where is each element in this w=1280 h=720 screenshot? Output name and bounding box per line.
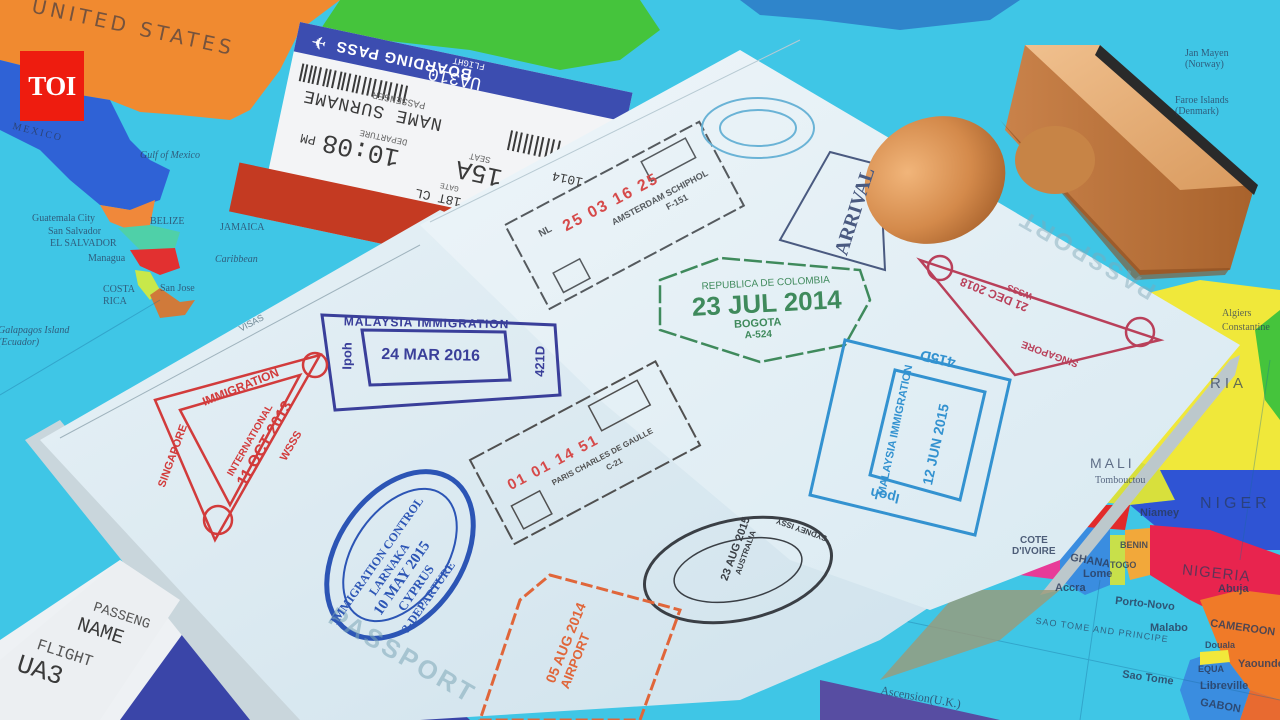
- map-label-jamaica: JAMAICA: [220, 222, 264, 233]
- map-label-faroe: Faroe Islands: [1175, 95, 1229, 106]
- map-label-benin: BENIN: [1120, 540, 1148, 550]
- map-label-rica: RICA: [103, 296, 127, 307]
- boarding-extra: 1014: [551, 168, 585, 189]
- map-label-mali: MALI: [1090, 455, 1135, 471]
- map-label-yaounde: Yaounde: [1238, 658, 1280, 670]
- map-label-algeria: RIA: [1210, 375, 1247, 392]
- map-label-abuja: Abuja: [1218, 583, 1249, 595]
- map-label-gulf: Gulf of Mexico: [140, 150, 200, 161]
- map-label-el-salvador: EL SALVADOR: [50, 238, 117, 249]
- stamp-colombia-text: REPUBLICA DE COLOMBIA 23 JUL 2014 BOGOTA…: [671, 273, 864, 345]
- seat-value: 15A: [453, 153, 505, 192]
- map-label-accra: Accra: [1055, 582, 1086, 594]
- map-label-equatorial: EQUA: [1198, 664, 1224, 674]
- map-label-constantine: Constantine: [1222, 322, 1270, 333]
- map-label-divoire: D'IVOIRE: [1012, 546, 1056, 557]
- departure-suffix: PM: [299, 130, 317, 148]
- malaysia-ipoh-date: 24 MAR 2016: [381, 346, 480, 366]
- map-label-caribbean: Caribbean: [215, 254, 258, 265]
- toi-logo: TOI: [20, 51, 84, 121]
- map-label-niger: NIGER: [1200, 495, 1271, 513]
- toi-logo-text: TOI: [28, 71, 76, 102]
- photo-illustration: [0, 0, 1280, 720]
- plane-icon: ✈: [309, 30, 328, 54]
- map-label-douala: Douala: [1205, 640, 1235, 650]
- map-label-guatemala: Guatemala City: [32, 213, 95, 224]
- map-label-costa: COSTA: [103, 284, 135, 295]
- map-label-togo: TOGO: [1110, 560, 1136, 570]
- malaysia-ipoh-place: Ipoh: [339, 342, 354, 370]
- map-label-timbuktu: Tombouctou: [1095, 475, 1145, 486]
- map-label-cote: COTE: [1020, 535, 1048, 546]
- map-label-belize: BELIZE: [150, 216, 184, 227]
- map-label-galapagos: Galapagos Island: [0, 325, 69, 336]
- photo-scene: UNITED STATES MEXICO Gulf of Mexico BELI…: [0, 0, 1280, 720]
- map-label-malabo: Malabo: [1150, 622, 1188, 634]
- map-label-lome: Lome: [1083, 568, 1112, 580]
- map-label-faroe-2: (Denmark): [1175, 106, 1219, 117]
- map-label-jan-mayen: Jan Mayen: [1185, 48, 1229, 59]
- malaysia-ipoh-header: MALAYSIA IMMIGRATION: [344, 314, 510, 331]
- map-label-niamey: Niamey: [1140, 507, 1179, 519]
- map-label-managua: Managua: [88, 253, 125, 264]
- map-region-benin: [1125, 528, 1150, 580]
- map-label-jan-mayen-2: (Norway): [1185, 59, 1224, 70]
- map-label-libreville: Libreville: [1200, 680, 1248, 692]
- map-label-salvador: San Salvador: [48, 226, 101, 237]
- map-label-ecuador: (Ecuador): [0, 337, 39, 348]
- map-label-jose: San Jose: [160, 283, 195, 294]
- map-label-algiers: Algiers: [1222, 308, 1251, 319]
- malaysia-ipoh-code: 421D: [532, 346, 548, 377]
